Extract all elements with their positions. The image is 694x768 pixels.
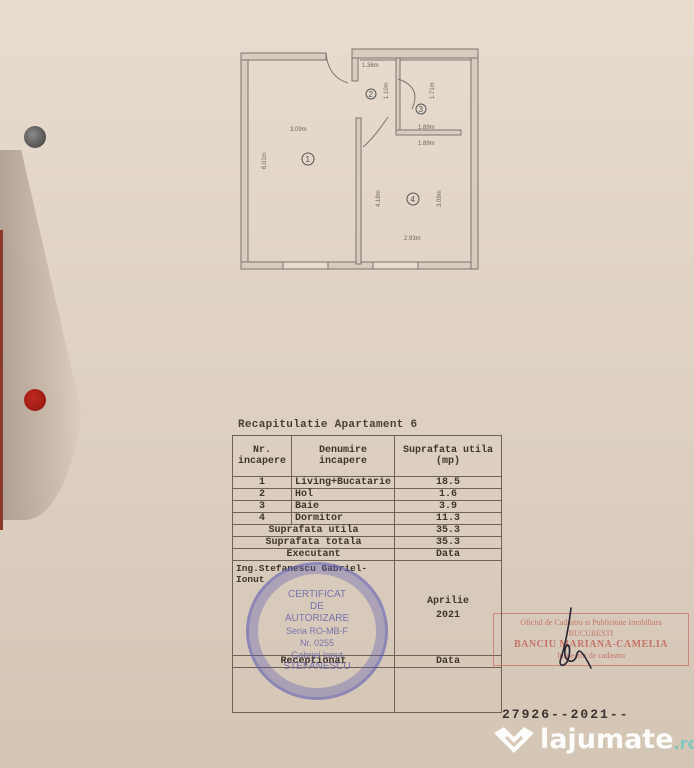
binder-edge bbox=[0, 230, 3, 530]
room-area: 18.5 bbox=[395, 477, 502, 489]
room-name: Dormitor bbox=[291, 513, 394, 525]
receptionat-date-empty bbox=[395, 668, 502, 713]
room-name: Living+Bucatarie bbox=[291, 477, 394, 489]
table-row: 2 Hol 1.6 bbox=[233, 489, 502, 501]
document-page: 1 2 3 4 3.09m 6.01m 1.36m 1.10m 1.71m 1.… bbox=[0, 0, 694, 768]
punch-hole-icon bbox=[24, 389, 46, 411]
total-useful-value: 35.3 bbox=[395, 525, 502, 537]
total-area-row: Suprafata totala 35.3 bbox=[233, 537, 502, 549]
stamp-line: DE bbox=[249, 601, 385, 613]
svg-text:3.09m: 3.09m bbox=[290, 127, 307, 133]
table-header-row: Nr. incapere Denumire incapere Suprafata… bbox=[233, 436, 502, 477]
punch-hole-icon bbox=[24, 126, 46, 148]
floor-plan: 1 2 3 4 3.09m 6.01m 1.36m 1.10m 1.71m 1.… bbox=[238, 47, 480, 271]
stamp-line: CERTIFICAT bbox=[249, 589, 385, 601]
table-row: 4 Dormitor 11.3 bbox=[233, 513, 502, 525]
room-nr: 2 bbox=[233, 489, 292, 501]
svg-text:1.10m: 1.10m bbox=[384, 82, 390, 99]
room-nr: 4 bbox=[233, 513, 292, 525]
date-year: 2021 bbox=[398, 610, 498, 621]
svg-text:1.71m: 1.71m bbox=[430, 82, 436, 99]
stamp-line: AUTORIZARE bbox=[249, 613, 385, 625]
svg-text:1: 1 bbox=[306, 155, 311, 164]
executant-date: Aprilie 2021 bbox=[395, 561, 502, 656]
svg-text:1.89m: 1.89m bbox=[418, 141, 435, 147]
watermark-tld: .ro bbox=[674, 734, 694, 753]
total-area-value: 35.3 bbox=[395, 537, 502, 549]
header-area: Suprafata utila (mp) bbox=[395, 436, 502, 477]
lajumate-watermark: lajumate .ro bbox=[492, 724, 694, 755]
svg-text:1.89m: 1.89m bbox=[418, 125, 435, 131]
total-area-label: Suprafata totala bbox=[233, 537, 395, 549]
svg-text:4: 4 bbox=[411, 195, 416, 204]
svg-text:6.01m: 6.01m bbox=[262, 152, 268, 169]
watermark-brand: lajumate bbox=[540, 724, 674, 755]
svg-text:4.18m: 4.18m bbox=[376, 190, 382, 207]
svg-text:2.93m: 2.93m bbox=[404, 236, 421, 242]
room-nr: 3 bbox=[233, 501, 292, 513]
signature-icon bbox=[555, 606, 605, 676]
room-area: 11.3 bbox=[395, 513, 502, 525]
executant-label: Executant bbox=[233, 549, 395, 561]
svg-text:2: 2 bbox=[369, 90, 374, 99]
registration-number: 27926--2021-- bbox=[502, 707, 629, 722]
room-name: Baie bbox=[291, 501, 394, 513]
date-month: Aprilie bbox=[398, 596, 498, 607]
stamp-line: STEFĂNESCU bbox=[249, 661, 385, 673]
room-area: 1.6 bbox=[395, 489, 502, 501]
header-name: Denumire incapere bbox=[291, 436, 394, 477]
stamp-line: Nr. 0255 bbox=[249, 637, 385, 649]
stamp-line: Seria RO-MB-F bbox=[249, 625, 385, 637]
total-useful-row: Suprafata utila 35.3 bbox=[233, 525, 502, 537]
stamp-line: Gabriel Ionut bbox=[249, 649, 385, 661]
table-row: 1 Living+Bucatarie 18.5 bbox=[233, 477, 502, 489]
page-shadow bbox=[0, 150, 85, 520]
room-name: Hol bbox=[291, 489, 394, 501]
room-area: 3.9 bbox=[395, 501, 502, 513]
svg-text:3.09m: 3.09m bbox=[437, 190, 443, 207]
room-nr: 1 bbox=[233, 477, 292, 489]
svg-text:1.36m: 1.36m bbox=[362, 63, 379, 69]
table-row: 3 Baie 3.9 bbox=[233, 501, 502, 513]
header-nr: Nr. incapere bbox=[233, 436, 292, 477]
lajumate-logo-icon bbox=[492, 725, 536, 755]
svg-text:3: 3 bbox=[419, 105, 424, 114]
executant-header-row: Executant Data bbox=[233, 549, 502, 561]
executant-date-label: Data bbox=[395, 549, 502, 561]
table-title: Recapitulatie Apartament 6 bbox=[238, 419, 417, 431]
receptionat-date-label: Data bbox=[395, 656, 502, 668]
total-useful-label: Suprafata utila bbox=[233, 525, 395, 537]
authorization-stamp: CERTIFICAT DE AUTORIZARE Seria RO-MB-F N… bbox=[246, 562, 388, 700]
